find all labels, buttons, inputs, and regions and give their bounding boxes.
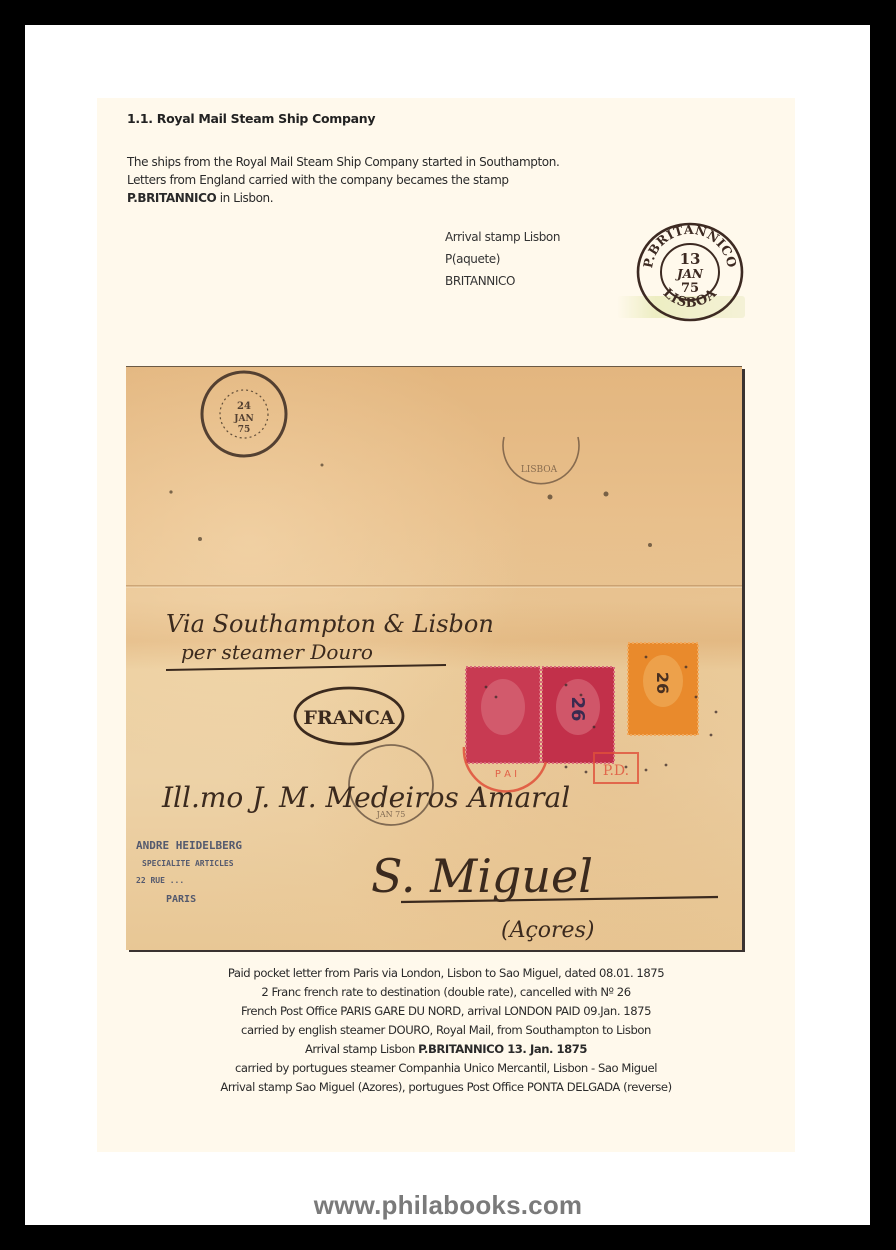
svg-text:LISBOA: LISBOA xyxy=(521,465,558,475)
svg-text:26: 26 xyxy=(567,696,588,721)
svg-text:per steamer Douro: per steamer Douro xyxy=(181,640,373,664)
svg-text:75: 75 xyxy=(681,281,699,296)
svg-text:FRANCA: FRANCA xyxy=(303,707,395,729)
intro-line-2: Letters from England carried with the co… xyxy=(127,171,767,189)
caption-line: French Post Office PARIS GARE DU NORD, a… xyxy=(97,1002,795,1021)
svg-text:JAN: JAN xyxy=(675,267,704,281)
svg-text:ANDRE HEIDELBERG: ANDRE HEIDELBERG xyxy=(136,839,242,852)
arrival-note: Arrival stamp Lisbon P(aquete) BRITANNIC… xyxy=(445,226,560,292)
stamp-red-left xyxy=(466,667,540,763)
caption-line: Arrival stamp Sao Miguel (Azores), portu… xyxy=(97,1078,795,1097)
svg-text:22 RUE ...: 22 RUE ... xyxy=(136,876,184,885)
svg-text:26: 26 xyxy=(653,672,672,694)
stamp-orange: 26 xyxy=(628,643,698,735)
caption-line: Paid pocket letter from Paris via London… xyxy=(97,964,795,983)
caption-line: 2 Franc french rate to destination (doub… xyxy=(97,983,795,1002)
arrival-note-line: Arrival stamp Lisbon xyxy=(445,226,560,248)
cover-description: Paid pocket letter from Paris via London… xyxy=(97,964,795,1097)
arrival-note-line: P(aquete) xyxy=(445,248,560,270)
handwritten-route: Via Southampton & Lisbon per steamer Dou… xyxy=(166,610,494,664)
arrival-note-line: BRITANNICO xyxy=(445,270,560,292)
cover-markings: 24 JAN 75 LISBOA Via Southampton & xyxy=(126,367,742,950)
intro-text: The ships from the Royal Mail Steam Ship… xyxy=(127,153,767,207)
caption-line: carried by portugues steamer Companhia U… xyxy=(97,1059,795,1078)
white-sheet: 1.1. Royal Mail Steam Ship Company The s… xyxy=(25,25,870,1225)
stamp-red-right: 26 xyxy=(542,667,614,763)
intro-line-3: P.BRITANNICO in Lisbon. xyxy=(127,189,767,207)
intro-bold-britannico: P.BRITANNICO xyxy=(127,191,216,205)
svg-text:JAN: JAN xyxy=(233,414,253,424)
svg-text:Ill.mo J. M. Medeiros Amaral: Ill.mo J. M. Medeiros Amaral xyxy=(161,781,570,814)
intro-line-1: The ships from the Royal Mail Steam Ship… xyxy=(127,153,767,171)
caption-line: Arrival stamp Lisbon P.BRITANNICO 13. Ja… xyxy=(97,1040,795,1059)
svg-text:(Açores): (Açores) xyxy=(501,918,594,943)
svg-text:S. Miguel: S. Miguel xyxy=(371,849,593,903)
svg-text:75: 75 xyxy=(238,425,251,435)
caption-bold-arrival: P.BRITANNICO 13. Jan. 1875 xyxy=(418,1042,587,1056)
postal-cover-image: 24 JAN 75 LISBOA Via Southampton & xyxy=(126,367,742,950)
website-url-watermark: www.philabooks.com xyxy=(0,1190,896,1221)
svg-text:13: 13 xyxy=(680,250,701,268)
svg-text:SPECIALITE ARTICLES: SPECIALITE ARTICLES xyxy=(142,859,234,868)
svg-text:PARIS: PARIS xyxy=(166,894,196,905)
album-page: 1.1. Royal Mail Steam Ship Company The s… xyxy=(97,98,795,1152)
paris-cds-postmark: 24 JAN 75 xyxy=(202,372,286,456)
faint-postmark: LISBOA xyxy=(503,437,579,484)
svg-text:Via Southampton & Lisbon: Via Southampton & Lisbon xyxy=(166,610,494,638)
postmark-britannico-lisboa: P.BRITANNICO LISBOA 13 JAN 75 xyxy=(634,220,746,324)
caption-line: carried by english steamer DOURO, Royal … xyxy=(97,1021,795,1040)
svg-text:P.D.: P.D. xyxy=(603,763,629,779)
svg-text:P A I: P A I xyxy=(495,769,517,780)
page-title: 1.1. Royal Mail Steam Ship Company xyxy=(127,111,375,126)
sender-cachet: ANDRE HEIDELBERG SPECIALITE ARTICLES 22 … xyxy=(136,839,242,905)
svg-text:24: 24 xyxy=(237,401,251,412)
franca-handstamp: FRANCA xyxy=(295,688,403,744)
